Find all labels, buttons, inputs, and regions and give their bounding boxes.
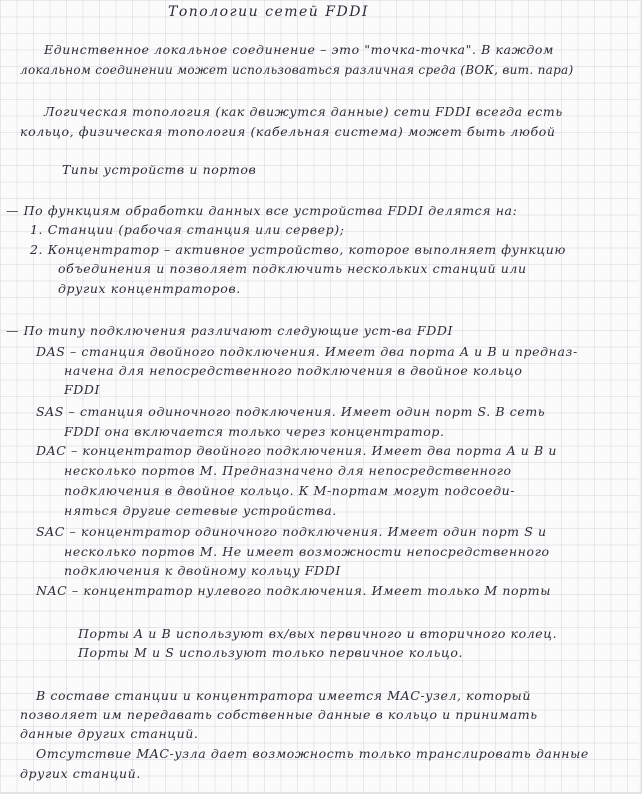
text-line: В составе станции и концентратора имеетс… <box>36 688 531 703</box>
text-line: Логическая топология (как движутся данны… <box>44 104 563 119</box>
text-line: Порты M и S используют только первичное … <box>78 645 463 660</box>
text-line: несколько портов M. Не имеет возможности… <box>64 544 550 559</box>
text-line: позволяет им передавать собственные данн… <box>20 707 538 722</box>
text-line: FDDI <box>64 382 100 397</box>
text-line: других концентраторов. <box>58 281 241 296</box>
text-line: — По типу подключения различают следующи… <box>6 323 453 338</box>
section-heading: Типы устройств и портов <box>62 162 256 177</box>
definition-sas: SAS – станция одиночного подключения. Им… <box>36 404 545 419</box>
definition-sac: SAC – концентратор одиночного подключени… <box>36 524 547 539</box>
definition-dac: DAC – концентратор двойного подключения.… <box>36 443 557 458</box>
text-line: начена для непосредственного подключения… <box>64 363 523 378</box>
text-line: объединения и позволяет подключить неско… <box>58 261 527 276</box>
text-line: Отсутствие MAC-узла дает возможность тол… <box>36 746 589 761</box>
list-item: 1. Станции (рабочая станция или сервер); <box>30 222 345 237</box>
text-line: FDDI она включается только через концент… <box>64 424 445 439</box>
text-line: подключения к двойному кольцу FDDI <box>64 563 341 578</box>
definition-das: DAS – станция двойного подключения. Имее… <box>36 344 578 359</box>
definition-nac: NAC – концентратор нулевого подключения.… <box>36 583 551 598</box>
list-item: 2. Концентратор – активное устройство, к… <box>30 242 566 257</box>
text-line: данные других станций. <box>20 726 199 741</box>
text-line: Единственное локальное соединение – это … <box>44 42 554 57</box>
text-line: других станций. <box>20 766 141 781</box>
text-line: подключения в двойное кольцо. К M-портам… <box>64 483 515 498</box>
text-line: Порты A и B используют вх/вых первичного… <box>78 626 557 641</box>
text-line: локальном соединении может использоватьс… <box>20 63 574 77</box>
text-line: кольцо, физическая топология (кабельная … <box>20 124 555 139</box>
text-line: няться другие сетевые устройства. <box>64 503 337 518</box>
text-line: — По функциям обработки данных все устро… <box>6 203 517 218</box>
text-line: несколько портов M. Предназначено для не… <box>64 463 512 478</box>
page-title: Топологии сетей FDDI <box>168 4 369 20</box>
handwritten-notes-page: Топологии сетей FDDI Единственное локаль… <box>0 0 642 794</box>
